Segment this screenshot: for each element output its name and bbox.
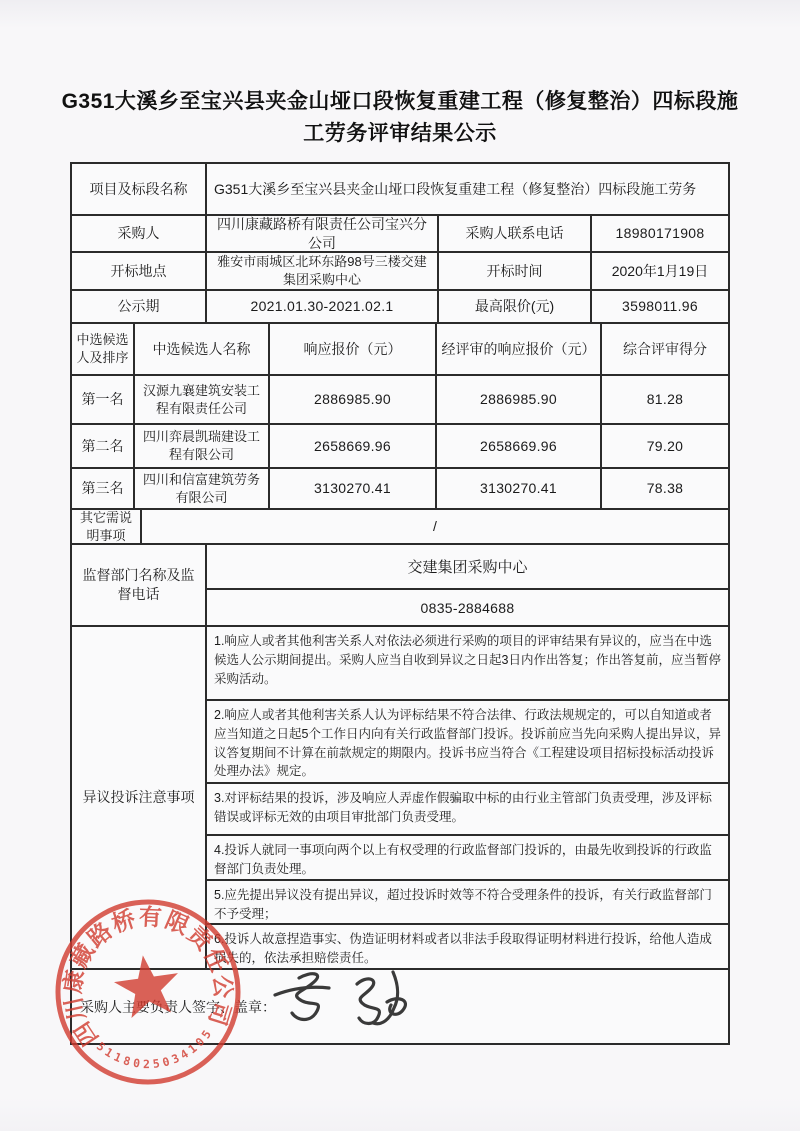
row-publicity: 公示期 2021.01.30-2021.02.1 最高限价(元) 3598011… (72, 289, 728, 322)
row-other-notes: 其它需说明事项 / (72, 508, 728, 543)
candidate-price: 3130270.41 (268, 469, 435, 508)
supervision-values: 交建集团采购中心 0835-2884688 (205, 545, 728, 625)
purchaser-phone-label: 采购人联系电话 (437, 216, 590, 251)
handwritten-signature (265, 962, 445, 1042)
col-name: 中选候选人名称 (133, 324, 268, 374)
max-price-value: 3598011.96 (590, 291, 728, 322)
candidate-row-1: 第一名 汉源九襄建筑安装工程有限责任公司 2886985.90 2886985.… (72, 374, 728, 423)
supervision-phone: 0835-2884688 (207, 588, 728, 625)
candidate-score: 79.20 (600, 425, 728, 467)
open-time-value: 2020年1月19日 (590, 253, 728, 289)
candidate-row-3: 第三名 四川和信富建筑劳务有限公司 3130270.41 3130270.41 … (72, 467, 728, 508)
col-score: 综合评审得分 (600, 324, 728, 374)
candidate-name: 汉源九襄建筑安装工程有限责任公司 (133, 376, 268, 423)
project-value: G351大溪乡至宝兴县夹金山垭口段恢复重建工程（修复整治）四标段施工劳务 (205, 164, 728, 214)
row-objection: 异议投诉注意事项 1.响应人或者其他利害关系人对依法必须进行采购的项目的评审结果… (72, 625, 728, 968)
supervision-dept: 交建集团采购中心 (207, 545, 728, 588)
col-rank: 中选候选人及排序 (72, 324, 133, 374)
objection-item-1: 1.响应人或者其他利害关系人对依法必须进行采购的项目的评审结果有异议的，应当在中… (207, 627, 728, 699)
project-label: 项目及标段名称 (72, 164, 205, 214)
objection-item-5: 5.应先提出异议没有提出异议，超过投诉时效等不符合受理条件的投诉，有关行政监督部… (207, 879, 728, 923)
candidate-reviewed-price: 2658669.96 (435, 425, 600, 467)
candidate-name: 四川弈晨凯瑞建设工程有限公司 (133, 425, 268, 467)
col-reviewed-price: 经评审的响应报价（元） (435, 324, 600, 374)
publicity-label: 公示期 (72, 291, 205, 322)
candidate-price: 2886985.90 (268, 376, 435, 423)
col-price: 响应报价（元） (268, 324, 435, 374)
other-notes-value: / (140, 510, 728, 543)
objection-item-2: 2.响应人或者其他利害关系人认为评标结果不符合法律、行政法规规定的，可以自知道或… (207, 699, 728, 782)
notice-title: G351大溪乡至宝兴县夹金山垭口段恢复重建工程（修复整治）四标段施工劳务评审结果… (60, 86, 740, 149)
venue-label: 开标地点 (72, 253, 205, 289)
rank: 第二名 (72, 425, 133, 467)
candidate-reviewed-price: 3130270.41 (435, 469, 600, 508)
row-bid-opening: 开标地点 雅安市雨城区北环东路98号三楼交建集团采购中心 开标时间 2020年1… (72, 251, 728, 289)
purchaser-value: 四川康藏路桥有限责任公司宝兴分公司 (205, 216, 437, 251)
rank: 第一名 (72, 376, 133, 423)
objection-item-3: 3.对评标结果的投诉，涉及响应人弄虚作假骗取中标的由行业主管部门负责受理，涉及评… (207, 782, 728, 834)
row-purchaser: 采购人 四川康藏路桥有限责任公司宝兴分公司 采购人联系电话 1898017190… (72, 214, 728, 251)
candidate-score: 81.28 (600, 376, 728, 423)
rank: 第三名 (72, 469, 133, 508)
publicity-value: 2021.01.30-2021.02.1 (205, 291, 437, 322)
purchaser-phone-value: 18980171908 (590, 216, 728, 251)
other-notes-label: 其它需说明事项 (72, 510, 140, 543)
candidate-name: 四川和信富建筑劳务有限公司 (133, 469, 268, 508)
open-time-label: 开标时间 (437, 253, 590, 289)
max-price-label: 最高限价(元) (437, 291, 590, 322)
objection-items: 1.响应人或者其他利害关系人对依法必须进行采购的项目的评审结果有异议的，应当在中… (205, 627, 728, 968)
signature-label: 采购人主要负责人签字、盖章： (80, 997, 276, 1017)
candidate-row-2: 第二名 四川弈晨凯瑞建设工程有限公司 2658669.96 2658669.96… (72, 423, 728, 467)
objection-label: 异议投诉注意事项 (72, 627, 205, 968)
objection-item-4: 4.投诉人就同一事项向两个以上有权受理的行政监督部门投诉的，由最先收到投诉的行政… (207, 834, 728, 879)
row-project: 项目及标段名称 G351大溪乡至宝兴县夹金山垭口段恢复重建工程（修复整治）四标段… (72, 164, 728, 214)
supervision-label: 监督部门名称及监督电话 (72, 545, 205, 625)
venue-value: 雅安市雨城区北环东路98号三楼交建集团采购中心 (205, 253, 437, 289)
candidates-header-row: 中选候选人及排序 中选候选人名称 响应报价（元） 经评审的响应报价（元） 综合评… (72, 322, 728, 374)
candidate-price: 2658669.96 (268, 425, 435, 467)
candidate-score: 78.38 (600, 469, 728, 508)
candidate-reviewed-price: 2886985.90 (435, 376, 600, 423)
notice-table: 项目及标段名称 G351大溪乡至宝兴县夹金山垭口段恢复重建工程（修复整治）四标段… (70, 162, 730, 1045)
row-supervision: 监督部门名称及监督电话 交建集团采购中心 0835-2884688 (72, 543, 728, 625)
purchaser-label: 采购人 (72, 216, 205, 251)
